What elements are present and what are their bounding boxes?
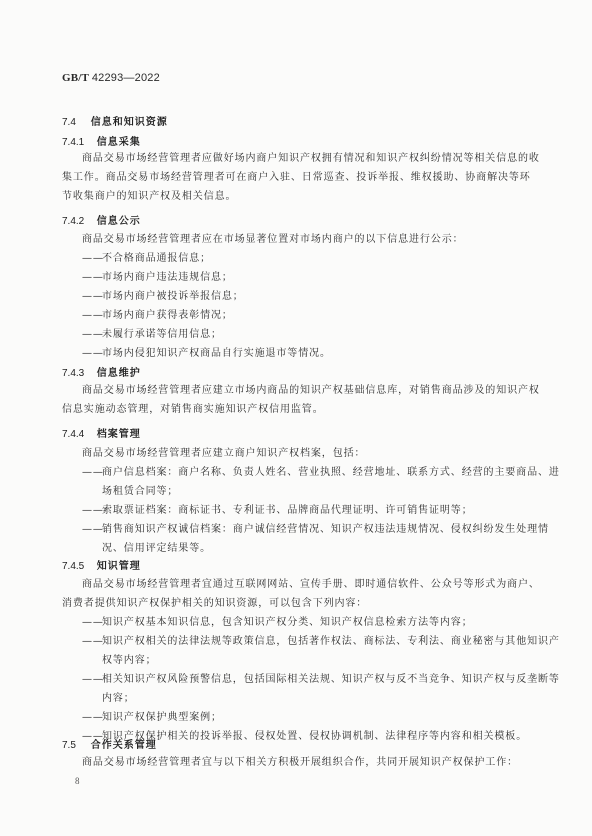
heading-7-4-2: 7.4.2 信息公示 <box>62 212 141 227</box>
dash-bullet: —— <box>82 344 102 363</box>
heading-title: 信息采集 <box>97 137 141 148</box>
dash-bullet: —— <box>82 463 102 482</box>
heading-title: 知识管理 <box>97 561 141 572</box>
heading-number: 7.5 <box>62 740 88 751</box>
dash-bullet: —— <box>82 268 102 287</box>
heading-title: 信息维护 <box>97 368 141 379</box>
list-item-text: 知识产权基本知识信息，包含知识产权分类、知识产权信息检索方法等内容； <box>102 617 473 628</box>
heading-7-4-4: 7.4.4 档案管理 <box>62 425 141 440</box>
list-item: ——销售商知识产权诚信档案：商户诚信经营情况、知识产权违法违规情况、侵权纠纷发生… <box>82 520 560 558</box>
list-item: ——市场内商户被投诉举报信息； <box>82 287 560 306</box>
heading-title: 信息公示 <box>97 216 141 227</box>
list-item: ——市场内商户违法违规信息； <box>82 268 560 287</box>
heading-number: 7.4.3 <box>62 368 94 379</box>
list-item-text: 知识产权相关的法律法规等政策信息，包括著作权法、商标法、专利法、商业秘密与其他知… <box>102 636 560 666</box>
list-item-text: 市场内侵犯知识产权商品自行实施退市等情况。 <box>102 348 331 359</box>
paragraph-7-4-4: 商品交易市场经营管理者应建立商户知识产权档案，包括： <box>62 444 540 463</box>
list-item-text: 索取票证档案：商标证书、专利证书、品牌商品代理证明、许可销售证明等； <box>102 505 473 516</box>
list-item: ——不合格商品通报信息； <box>82 249 560 268</box>
list-item-text: 商户信息档案：商户名称、负责人姓名、营业执照、经营地址、联系方式、经营的主要商品… <box>102 467 560 497</box>
dash-bullet: —— <box>82 287 102 306</box>
list-item-text: 未履行承诺等信用信息； <box>102 329 222 340</box>
list-item-text: 市场内商户获得表彰情况； <box>102 310 233 321</box>
list-item: ——知识产权相关的法律法规等政策信息，包括著作权法、商标法、专利法、商业秘密与其… <box>82 632 560 670</box>
list-item-text: 市场内商户违法违规信息； <box>102 272 233 283</box>
list-item: ——知识产权保护典型案例； <box>82 708 560 727</box>
list-item: ——商户信息档案：商户名称、负责人姓名、营业执照、经营地址、联系方式、经营的主要… <box>82 463 560 501</box>
heading-number: 7.4.4 <box>62 429 94 440</box>
list-item-text: 知识产权保护相关的投诉举报、侵权处置、侵权协调机制、法律程序等内容和相关模板。 <box>102 731 527 742</box>
dash-bullet: —— <box>82 708 102 727</box>
list-item: ——市场内侵犯知识产权商品自行实施退市等情况。 <box>82 344 560 363</box>
paragraph-7-5: 商品交易市场经营管理者宜与以下相关方积极开展组织合作，共同开展知识产权保护工作： <box>62 753 540 772</box>
paragraph-7-4-2: 商品交易市场经营管理者应在市场显著位置对市场内商户的以下信息进行公示： <box>62 230 540 249</box>
dash-bullet: —— <box>82 613 102 632</box>
page-number: 8 <box>75 776 80 786</box>
list-item-text: 销售商知识产权诚信档案：商户诚信经营情况、知识产权违法违规情况、侵权纠纷发生处理… <box>102 524 549 554</box>
list-item-text: 相关知识产权风险预警信息，包括国际相关法规、知识产权与反不当竞争、知识产权与反垄… <box>102 674 560 704</box>
heading-number: 7.4.2 <box>62 216 94 227</box>
dash-bullet: —— <box>82 670 102 689</box>
list-item-text: 知识产权保护典型案例； <box>102 712 222 723</box>
heading-7-5: 7.5 合作关系管理 <box>62 736 157 751</box>
paragraph-7-4-3: 商品交易市场经营管理者应建立市场内商品的知识产权基础信息库，对销售商品涉及的知识… <box>62 381 540 419</box>
list-item: ——未履行承诺等信用信息； <box>82 325 560 344</box>
heading-7-4-1: 7.4.1 信息采集 <box>62 133 141 148</box>
document-page: GB/T 42293—2022 7.4 信息和知识资源 7.4.1 信息采集 商… <box>0 0 592 836</box>
dash-bullet: —— <box>82 325 102 344</box>
heading-7-4: 7.4 信息和知识资源 <box>62 113 168 128</box>
dash-bullet: —— <box>82 306 102 325</box>
dash-bullet: —— <box>82 501 102 520</box>
heading-title: 信息和知识资源 <box>91 117 168 128</box>
dash-bullet: —— <box>82 520 102 539</box>
list-item: ——市场内商户获得表彰情况； <box>82 306 560 325</box>
list-item: ——索取票证档案：商标证书、专利证书、品牌商品代理证明、许可销售证明等； <box>82 501 560 520</box>
dash-bullet: —— <box>82 632 102 651</box>
dash-bullet: —— <box>82 249 102 268</box>
list-item: ——知识产权基本知识信息，包含知识产权分类、知识产权信息检索方法等内容； <box>82 613 560 632</box>
standard-number: 42293—2022 <box>92 72 160 84</box>
heading-7-4-5: 7.4.5 知识管理 <box>62 557 141 572</box>
list-item-text: 市场内商户被投诉举报信息； <box>102 291 244 302</box>
heading-number: 7.4.1 <box>62 137 94 148</box>
standard-prefix: GB/T <box>62 72 89 84</box>
heading-title: 合作关系管理 <box>91 740 157 751</box>
list-item: ——相关知识产权风险预警信息，包括国际相关法规、知识产权与反不当竞争、知识产权与… <box>82 670 560 708</box>
paragraph-7-4-1: 商品交易市场经营管理者应做好场内商户知识产权拥有情况和知识产权纠纷情况等相关信息… <box>62 149 540 206</box>
heading-number: 7.4.5 <box>62 561 94 572</box>
heading-7-4-3: 7.4.3 信息维护 <box>62 364 141 379</box>
heading-title: 档案管理 <box>97 429 141 440</box>
list-item-text: 不合格商品通报信息； <box>102 253 211 264</box>
heading-number: 7.4 <box>62 117 88 128</box>
paragraph-7-4-5: 商品交易市场经营管理者宜通过互联网网站、宣传手册、即时通信软件、公众号等形式为商… <box>62 575 540 613</box>
standard-code: GB/T 42293—2022 <box>62 72 160 84</box>
